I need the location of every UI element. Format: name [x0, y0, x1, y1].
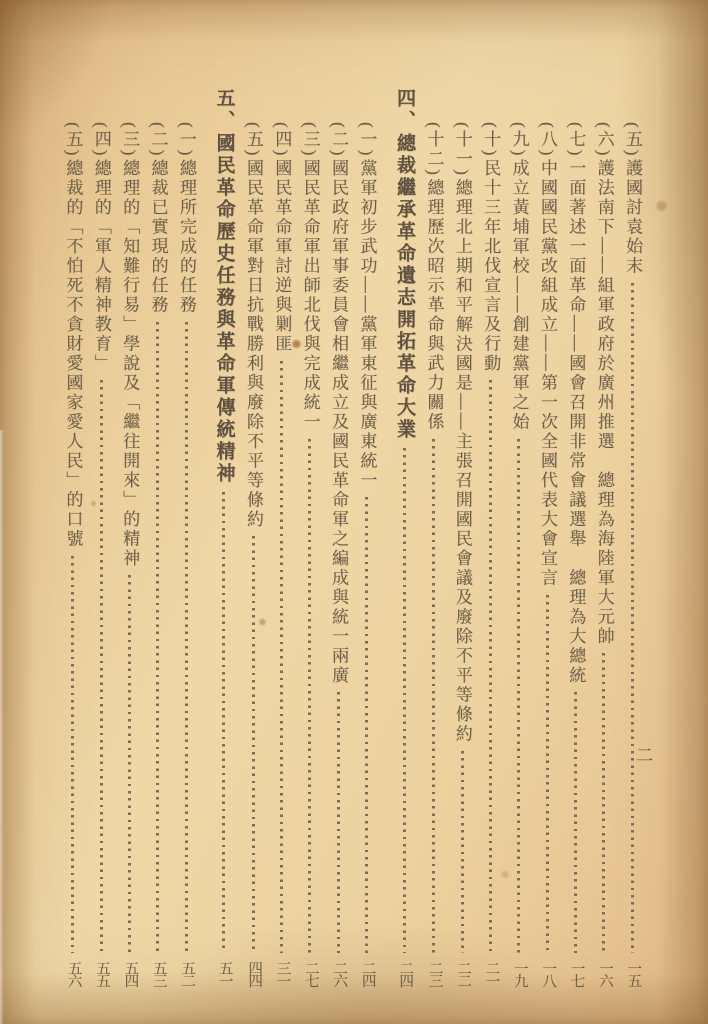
dotted-leader [574, 692, 577, 953]
entry-page-number: 二一 [485, 958, 497, 986]
dotted-leader [128, 575, 131, 953]
entry-title: 國民革命軍出師北伐與完成統一 [301, 159, 320, 432]
toc-item-entry: (十二)總理歷次昭示革命與武力關係二三 [424, 88, 443, 986]
entry-number-label: 四、 [394, 88, 415, 132]
dotted-leader [337, 692, 340, 953]
entry-text: (三)國民革命軍出師北伐與完成統一 [300, 122, 319, 432]
entry-number-label: (三) [301, 122, 320, 158]
toc-item-entry: (四)總理的「軍人精神教育」五五 [91, 88, 110, 986]
entry-number-label: (十一) [453, 122, 472, 177]
dotted-leader [280, 361, 283, 953]
entry-title: 黨軍初步武功——黨軍東征與廣東統一 [357, 159, 376, 491]
dotted-leader [252, 536, 255, 953]
toc-item-entry: (十一)總理北上期和平解決國是——主張召開國民會議及廢除不平等條約二二 [452, 88, 471, 986]
entry-text: (十一)總理北上期和平解決國是——主張召開國民會議及廢除不平等條約 [452, 122, 471, 744]
entry-title: 成立黃埔軍校——創建黨軍之始 [510, 159, 529, 432]
entry-number-label: (三) [120, 122, 139, 158]
entry-title: 總裁的「不怕死不貪財愛國家愛人民」的口號 [63, 159, 82, 549]
entry-text: (五)總裁的「不怕死不貪財愛國家愛人民」的口號 [63, 122, 82, 549]
entry-title: 國民政府軍事委員會相繼成立及國民革命軍之編成與統一兩廣 [329, 159, 348, 686]
entry-page-number: 一九 [513, 958, 525, 986]
entry-title: 國民革命軍對日抗戰勝利與廢除不平等條約 [244, 159, 263, 530]
entry-page-number: 二四 [398, 958, 410, 986]
toc-item-entry: (八)中國國民黨改組成立——第一次全國代表大會宣言一八 [538, 88, 557, 986]
entry-number-label: (六) [595, 122, 614, 158]
dotted-leader [71, 556, 74, 953]
entry-text: (四)國民革命軍討逆與剿匪 [272, 122, 291, 354]
entry-page-number: 二六 [332, 958, 344, 986]
entry-title: 總理歷次昭示革命與武力關係 [424, 178, 443, 432]
entry-text: (十)民十三年北伐宣言及行動 [481, 122, 500, 373]
entry-page-number: 二四 [361, 958, 373, 986]
dotted-leader [432, 439, 435, 953]
entry-page-number: 一六 [598, 958, 610, 986]
table-of-contents: (五)護國討袁始末一五(六)護法南下——組軍政府於廣州推選 總理為海陸軍大元帥一… [58, 88, 642, 986]
toc-item-entry: (五)國民革命軍對日抗戰勝利與廢除不平等條約四四 [243, 88, 262, 986]
entry-text: (一)總理所完成的任務 [176, 122, 195, 315]
entry-page-number: 一五 [626, 958, 638, 986]
entry-title: 總理的「知難行易」學說及「繼往開來」的精神 [120, 159, 139, 569]
entry-number-label: 五、 [213, 88, 234, 132]
entry-title: 總裁已實現的任務 [148, 159, 167, 315]
entry-page-number: 五一 [218, 958, 230, 986]
entry-page-number: 五五 [95, 958, 107, 986]
entry-title: 總理的「軍人精神教育」 [92, 159, 111, 374]
toc-item-entry: (十)民十三年北伐宣言及行動二一 [481, 88, 500, 986]
entry-text: (一)黨軍初步武功——黨軍東征與廣東統一 [357, 122, 376, 490]
entry-number-label: (五) [63, 122, 82, 158]
entry-number-label: (四) [92, 122, 111, 158]
toc-item-entry: (三)國民革命軍出師北伐與完成統一二七 [300, 88, 319, 986]
dotted-leader [365, 497, 368, 953]
entry-page-number: 五六 [67, 958, 79, 986]
entry-number-label: (八) [538, 122, 557, 158]
entry-page-number: 二二 [456, 958, 468, 986]
entry-text: (七)一面著述一面革命——國會召開非常會議選舉 總理為大總統 [566, 122, 585, 685]
entry-text: (八)中國國民黨改組成立——第一次全國代表大會宣言 [538, 122, 557, 588]
toc-item-entry: (四)國民革命軍討逆與剿匪三一 [272, 88, 291, 986]
entry-page-number: 二七 [304, 958, 316, 986]
entry-text: (五)護國討袁始末 [623, 122, 642, 276]
toc-item-entry: (一)黨軍初步武功——黨軍東征與廣東統一二四 [357, 88, 376, 986]
entry-number-label: (二) [329, 122, 348, 158]
entry-number-label: (七) [566, 122, 585, 158]
foxing-stain [655, 200, 668, 212]
toc-section-heading: 四、總裁繼承革命遺志開拓革命大業二四 [393, 88, 415, 986]
entry-number-label: (二) [148, 122, 167, 158]
entry-title: 護國討袁始末 [623, 159, 642, 276]
entry-page-number: 五三 [152, 958, 164, 986]
entry-text: (二)總裁已實現的任務 [148, 122, 167, 315]
entry-title: 民十三年北伐宣言及行動 [481, 159, 500, 374]
dotted-leader [461, 751, 464, 953]
entry-title: 國民革命軍討逆與剿匪 [272, 159, 291, 354]
entry-title: 總理所完成的任務 [177, 159, 196, 315]
toc-item-entry: (一)總理所完成的任務五二 [176, 88, 195, 986]
entry-number-label: (一) [177, 122, 196, 158]
entry-number-label: (十二) [424, 122, 443, 177]
dotted-leader [546, 595, 549, 953]
toc-item-entry: (三)總理的「知難行易」學說及「繼往開來」的精神五四 [120, 88, 139, 986]
entry-text: (九)成立黃埔軍校——創建黨軍之始 [509, 122, 528, 432]
toc-item-entry: (二)總裁已實現的任務五三 [148, 88, 167, 986]
entry-title: 一面著述一面革命——國會召開非常會議選舉 總理為大總統 [566, 159, 585, 686]
dotted-leader [602, 653, 605, 953]
entry-page-number: 三一 [276, 958, 288, 986]
dotted-leader [222, 492, 225, 953]
entry-page-number: 五二 [180, 958, 192, 986]
toc-item-entry: (五)護國討袁始末一五 [623, 88, 642, 986]
toc-item-entry: (五)總裁的「不怕死不貪財愛國家愛人民」的口號五六 [63, 88, 82, 986]
entry-number-label: (九) [510, 122, 529, 158]
page-edge-highlight [0, 430, 4, 1024]
entry-number-label: (一) [357, 122, 376, 158]
entry-number-label: (五) [244, 122, 263, 158]
entry-page-number: 一七 [570, 958, 582, 986]
folio-page-number: 二 [630, 746, 655, 765]
toc-item-entry: (七)一面著述一面革命——國會召開非常會議選舉 總理為大總統一七 [566, 88, 585, 986]
entry-number-label: (五) [623, 122, 642, 158]
entry-text: (十二)總理歷次昭示革命與武力關係 [424, 122, 443, 432]
entry-text: (六)護法南下——組軍政府於廣州推選 總理為海陸軍大元帥 [594, 122, 613, 646]
entry-text: (五)國民革命軍對日抗戰勝利與廢除不平等條約 [243, 122, 262, 529]
dotted-leader [403, 448, 406, 953]
entry-title: 總裁繼承革命遺志開拓革命大業 [394, 133, 415, 441]
entry-title: 國民革命歷史任務與革命軍傳統精神 [213, 133, 234, 485]
dotted-leader [631, 283, 634, 953]
entry-text: 四、總裁繼承革命遺志開拓革命大業 [393, 88, 415, 441]
entry-number-label: (十) [481, 122, 500, 158]
entry-text: 五、國民革命歷史任務與革命軍傳統精神 [213, 88, 235, 485]
toc-item-entry: (九)成立黃埔軍校——創建黨軍之始一九 [509, 88, 528, 986]
dotted-leader [156, 322, 159, 953]
dotted-leader [517, 439, 520, 953]
dotted-leader [185, 322, 188, 953]
entry-title: 護法南下——組軍政府於廣州推選 總理為海陸軍大元帥 [595, 159, 614, 647]
toc-item-entry: (六)護法南下——組軍政府於廣州推選 總理為海陸軍大元帥一六 [594, 88, 613, 986]
dotted-leader [100, 380, 103, 953]
entry-page-number: 五四 [123, 958, 135, 986]
entry-text: (四)總理的「軍人精神教育」 [91, 122, 110, 373]
entry-number-label: (四) [272, 122, 291, 158]
entry-title: 總理北上期和平解決國是——主張召開國民會議及廢除不平等條約 [453, 178, 472, 744]
entry-page-number: 一八 [541, 958, 553, 986]
entry-page-number: 二三 [428, 958, 440, 986]
entry-text: (三)總理的「知難行易」學說及「繼往開來」的精神 [120, 122, 139, 568]
entry-text: (二)國民政府軍事委員會相繼成立及國民革命軍之編成與統一兩廣 [329, 122, 348, 685]
toc-item-entry: (二)國民政府軍事委員會相繼成立及國民革命軍之編成與統一兩廣二六 [329, 88, 348, 986]
entry-page-number: 四四 [247, 958, 259, 986]
toc-section-heading: 五、國民革命歷史任務與革命軍傳統精神五一 [213, 88, 235, 986]
entry-title: 中國國民黨改組成立——第一次全國代表大會宣言 [538, 159, 557, 588]
dotted-leader [489, 380, 492, 953]
dotted-leader [308, 439, 311, 953]
